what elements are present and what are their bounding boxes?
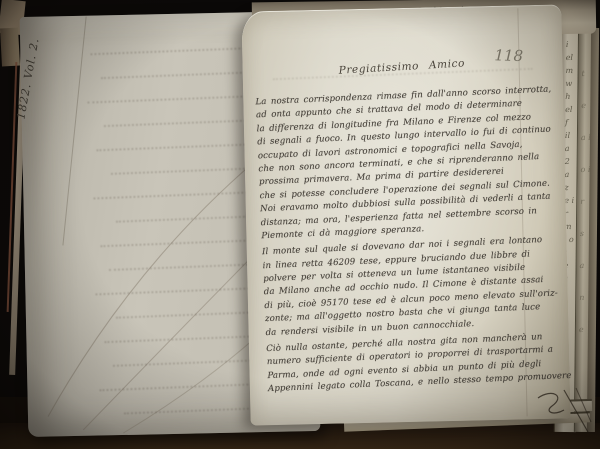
folio-number: 118 [494, 46, 523, 65]
binding-scrap [0, 28, 20, 67]
letter-paragraph: Il monte sul quale si dovevano dar noi i… [262, 233, 566, 340]
pen-flourish-marks [534, 386, 598, 444]
letter-paragraph: La nostra corrispondenza rimase fin dall… [255, 83, 561, 243]
letter-paragraph: Ciò nulla ostante, perché alla nostra gi… [266, 330, 568, 397]
letter-page: Pregiatissimo Amico 118 La nostra corris… [241, 4, 570, 425]
letter-body: La nostra corrispondenza rimase fin dall… [255, 83, 568, 396]
manuscript-photo: i el m w h el f il a 2 a z e i r m l o t… [0, 0, 600, 449]
